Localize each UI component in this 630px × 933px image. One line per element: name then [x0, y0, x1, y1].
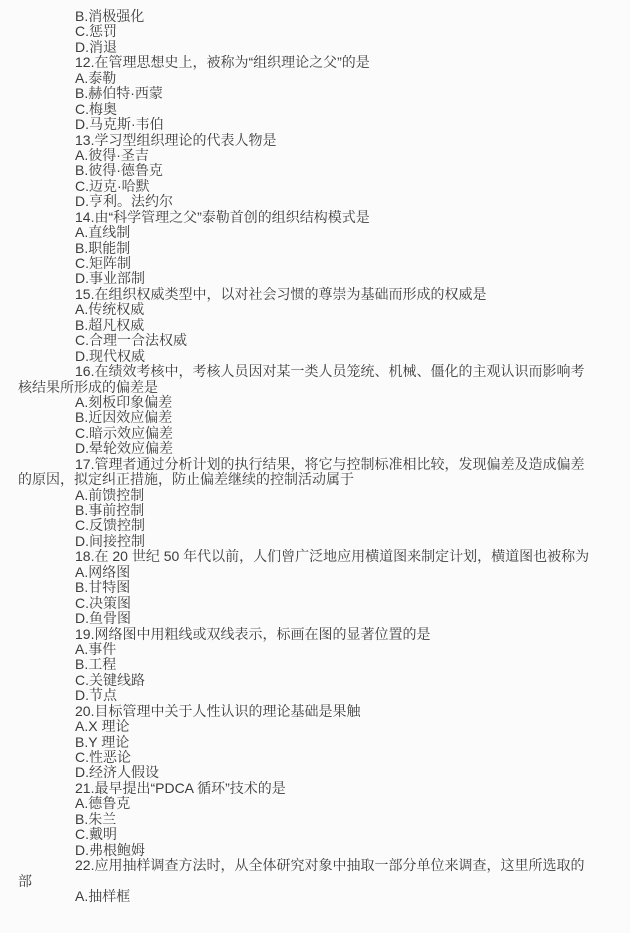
option-line: D.经济人假设: [0, 765, 630, 780]
option-line: B.事前控制: [0, 503, 630, 518]
question-stem-line: 12.在管理思想史上，被称为“组织理论之父”的是: [0, 55, 630, 70]
option-line: B.近因效应偏差: [0, 410, 630, 425]
option-line: D.事业部制: [0, 271, 630, 286]
option-line: D.节点: [0, 688, 630, 703]
option-line: A.德鲁克: [0, 796, 630, 811]
question-stem-line: 13.学习型组织理论的代表人物是: [0, 133, 630, 148]
option-line: B.超凡权威: [0, 318, 630, 333]
option-line: A.传统权威: [0, 302, 630, 317]
option-line: A.抽样框: [0, 889, 630, 904]
document-body: B.消极强化C.惩罚D.消退12.在管理思想史上，被称为“组织理论之父”的是A.…: [0, 0, 630, 933]
option-line: C.戴明: [0, 827, 630, 842]
question-stem-line: 16.在绩效考核中，考核人员因对某一类人员笼统、机械、僵化的主观认识而影响考: [0, 364, 630, 379]
option-line: C.矩阵制: [0, 256, 630, 271]
option-line: C.关键线路: [0, 673, 630, 688]
option-line: D.晕轮效应偏差: [0, 441, 630, 456]
question-stem-line: 22.应用抽样调查方法时，从全体研究对象中抽取一部分单位来调查，这里所选取的: [0, 858, 630, 873]
continuation-line: 部: [0, 874, 630, 889]
option-line: B.Y 理论: [0, 735, 630, 750]
option-line: C.惩罚: [0, 24, 630, 39]
option-line: A.泰勒: [0, 71, 630, 86]
continuation-line: 核结果所形成的偏差是: [0, 380, 630, 395]
option-line: C.性恶论: [0, 750, 630, 765]
option-line: A.事件: [0, 642, 630, 657]
option-line: C.暗示效应偏差: [0, 426, 630, 441]
option-line: A.网络图: [0, 565, 630, 580]
question-stem-line: 14.由“科学管理之父”泰勒首创的组织结构模式是: [0, 210, 630, 225]
option-line: C.迈克·哈默: [0, 179, 630, 194]
option-line: B.赫伯特·西蒙: [0, 86, 630, 101]
option-line: C.决策图: [0, 596, 630, 611]
option-line: B.消极强化: [0, 9, 630, 24]
option-line: D.消退: [0, 40, 630, 55]
option-line: A.X 理论: [0, 719, 630, 734]
option-line: A.刻板印象偏差: [0, 395, 630, 410]
option-line: A.直线制: [0, 225, 630, 240]
question-stem-line: 21.最早提出“PDCA 循环”技术的是: [0, 781, 630, 796]
option-line: B.工程: [0, 657, 630, 672]
question-stem-line: 18.在 20 世纪 50 年代以前，人们曾广泛地应用横道图来制定计划，横道图也…: [0, 549, 630, 564]
continuation-line: 的原因，拟定纠正措施，防止偏差继续的控制活动属于: [0, 472, 630, 487]
option-line: B.职能制: [0, 241, 630, 256]
question-stem-line: 15.在组织权威类型中，以对社会习惯的尊崇为基础而形成的权威是: [0, 287, 630, 302]
option-line: D.马克斯·韦伯: [0, 117, 630, 132]
option-line: A.前馈控制: [0, 488, 630, 503]
option-line: B.彼得·德鲁克: [0, 163, 630, 178]
question-stem-line: 20.目标管理中关于人性认识的理论基础是果触: [0, 704, 630, 719]
option-line: D.亨利。法约尔: [0, 194, 630, 209]
option-line: D.弗根鲍姆: [0, 843, 630, 858]
option-line: D.现代权威: [0, 349, 630, 364]
option-line: B.甘特图: [0, 580, 630, 595]
question-stem-line: 19.网络图中用粗线或双线表示，标画在图的显著位置的是: [0, 627, 630, 642]
option-line: D.间接控制: [0, 534, 630, 549]
option-line: C.梅奥: [0, 102, 630, 117]
option-line: A.彼得·圣吉: [0, 148, 630, 163]
option-line: C.合理一合法权威: [0, 333, 630, 348]
option-line: C.反馈控制: [0, 518, 630, 533]
question-stem-line: 17.管理者通过分析计划的执行结果，将它与控制标准相比较，发现偏差及造成偏差: [0, 457, 630, 472]
option-line: D.鱼骨图: [0, 611, 630, 626]
option-line: B.朱兰: [0, 812, 630, 827]
